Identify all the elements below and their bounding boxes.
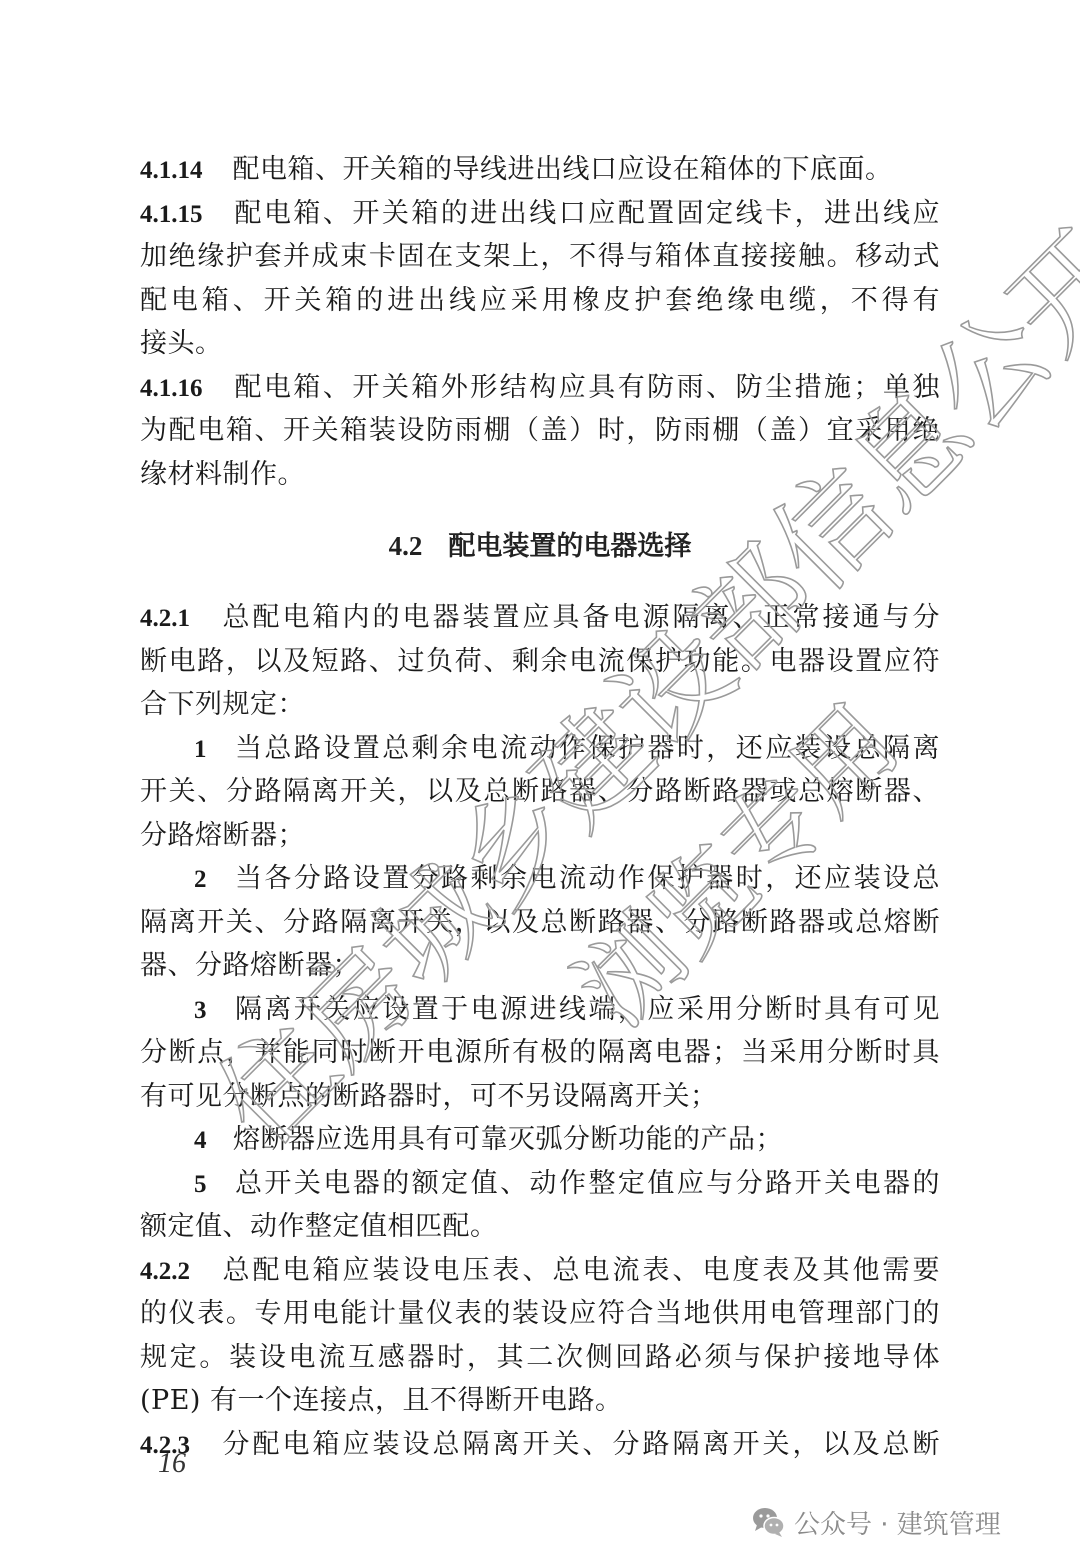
account-name: 公众号 · 建筑管理 (794, 1504, 1001, 1541)
clause-line: 缘材料制作。 (140, 453, 940, 497)
item-line: 隔离开关、分路隔离开关，以及总断路器、分路断路器或总熔断 (140, 901, 940, 945)
clause-number: 4.1.14 (140, 157, 203, 184)
clause-line: 断电路，以及短路、过负荷、剩余电流保护功能。电器设置应符 (140, 640, 940, 684)
list-item-2: 2当各分路设置分路剩余电流动作保护器时，还应装设总 (140, 857, 940, 901)
clause-line: 为配电箱、开关箱装设防雨棚（盖）时，防雨棚（盖）宜采用绝 (140, 409, 940, 453)
clause-4-2-1: 4.2.1总配电箱内的电器装置应具备电源隔离、正常接通与分 (140, 596, 940, 640)
list-item-5: 5总开关电器的额定值、动作整定值应与分路开关电器的 (140, 1162, 940, 1206)
page-content: 4.1.14配电箱、开关箱的导线进出线口应设在箱体的下底面。 4.1.15配电箱… (140, 148, 940, 1466)
clause-number: 4.1.16 (140, 375, 203, 402)
page-number: 16 (158, 1448, 186, 1480)
document-page: 4.1.14配电箱、开关箱的导线进出线口应设在箱体的下底面。 4.1.15配电箱… (0, 0, 1080, 1564)
item-number: 2 (194, 866, 207, 893)
item-line: 分路熔断器； (140, 814, 940, 858)
clause-4-2-3: 4.2.3分配电箱应装设总隔离开关、分路隔离开关，以及总断 (140, 1423, 940, 1467)
list-item-3: 3隔离开关应设置于电源进线端，应采用分断时具有可见 (140, 988, 940, 1032)
clause-line: 配电箱、开关箱的进出线应采用橡皮护套绝缘电缆，不得有 (140, 279, 940, 323)
wechat-account-mark[interactable]: 公众号 · 建筑管理 (752, 1502, 1001, 1542)
item-line: 额定值、动作整定值相匹配。 (140, 1205, 940, 1249)
item-line: 开关、分路隔离开关，以及总断路器、分路断路器或总熔断器、 (140, 770, 940, 814)
clause-number: 4.2.2 (140, 1258, 190, 1285)
clause-4-1-15: 4.1.15配电箱、开关箱的进出线口应配置固定线卡，进出线应 (140, 192, 940, 236)
clause-4-1-16: 4.1.16配电箱、开关箱外形结构应具有防雨、防尘措施；单独 (140, 366, 940, 410)
clause-line: (PE) 有一个连接点，且不得断开电路。 (140, 1379, 940, 1423)
item-line: 分断点，并能同时断开电源所有极的隔离电器；当采用分断时具 (140, 1031, 940, 1075)
clause-4-2-2: 4.2.2总配电箱应装设电压表、总电流表、电度表及其他需要 (140, 1249, 940, 1293)
clause-line: 规定。装设电流互感器时，其二次侧回路必须与保护接地导体 (140, 1336, 940, 1380)
item-line: 器、分路熔断器； (140, 944, 940, 988)
item-number: 5 (194, 1171, 207, 1198)
item-line: 有可见分断点的断路器时，可不另设隔离开关； (140, 1075, 940, 1119)
list-item-1: 1当总路设置总剩余电流动作保护器时，还应装设总隔离 (140, 727, 940, 771)
clause-4-1-14: 4.1.14配电箱、开关箱的导线进出线口应设在箱体的下底面。 (140, 148, 940, 192)
clause-number: 4.2.1 (140, 605, 190, 632)
clause-line: 接头。 (140, 322, 940, 366)
clause-line: 合下列规定： (140, 683, 940, 727)
section-number: 4.2 (389, 531, 423, 561)
list-item-4: 4熔断器应选用具有可靠灭弧分断功能的产品； (140, 1118, 940, 1162)
clause-number: 4.1.15 (140, 201, 203, 228)
item-number: 1 (194, 736, 207, 763)
item-number: 4 (194, 1127, 207, 1154)
section-heading: 4.2配电装置的电器选择 (140, 496, 940, 596)
wechat-icon (752, 1506, 786, 1538)
clause-line: 加绝缘护套并成束卡固在支架上，不得与箱体直接接触。移动式 (140, 235, 940, 279)
section-title-text: 配电装置的电器选择 (448, 531, 691, 562)
item-number: 3 (194, 997, 207, 1024)
clause-line: 的仪表。专用电能计量仪表的装设应符合当地供用电管理部门的 (140, 1292, 940, 1336)
